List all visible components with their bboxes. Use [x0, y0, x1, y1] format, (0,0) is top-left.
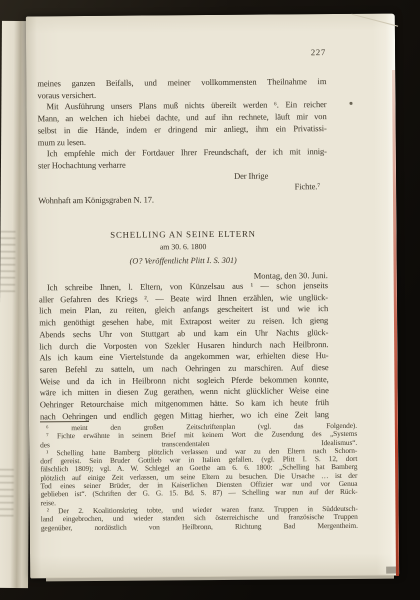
book-page: 227 meines ganzen Beifalls, und meiner v… [26, 14, 399, 579]
fichte-letter-ending: meines ganzen Beifalls, und meiner vollk… [37, 76, 327, 207]
book-scan-background: 227 meines ganzen Beifalls, und meiner v… [0, 0, 420, 600]
letter-heading-source: (O? Veröffentlicht Plitt I. S. 301) [39, 253, 328, 268]
ghost-text-artifact [0, 231, 15, 293]
footnotes: ⁶ meint den großen Zeitschriftenplan (vg… [40, 422, 358, 532]
letter-address: Wohnhaft am Königsgraben N. 17. [38, 193, 327, 207]
text-line: Ich empfehle mich der Fortdauer Ihrer Fr… [38, 146, 327, 160]
footnote-line: gegenüber, nordöstlich von Heilbronn, Ri… [41, 521, 358, 532]
page-number: 227 [37, 47, 326, 59]
scan-speck-artifact [349, 102, 352, 105]
ghost-text-artifact [0, 469, 14, 517]
page-corner-fold [351, 14, 398, 27]
letter-heading: SCHELLING AN SEINE ELTERN am 30. 6. 1800… [38, 227, 327, 268]
text-line: meines ganzen Beifalls, und meiner vollk… [37, 76, 326, 90]
text-line: selbst in die Hände, indem er dringend m… [38, 123, 327, 137]
schelling-letter-body: Ich schreibe Ihnen, l. Eltern, von Künze… [39, 280, 329, 423]
